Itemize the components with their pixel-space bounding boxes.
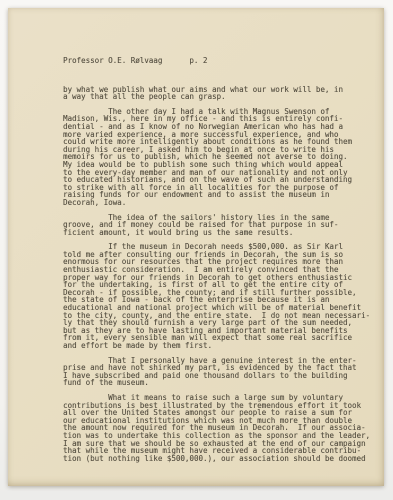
paragraph: If the museum in Decorah needs $500,000.… [63,243,378,349]
scan-background: Professor O.E. Rølvaagp. 2 by what we pu… [0,0,393,500]
paragraph: The other day I had a talk with Magnus S… [63,108,378,207]
typed-text-block: Professor O.E. Rølvaagp. 2 by what we pu… [63,57,378,469]
paragraph: That I personally have a genuine interes… [63,357,378,387]
paragraph: What it means to raise such a large sum … [63,394,378,462]
page-header: Professor O.E. Rølvaagp. 2 [63,57,378,65]
paragraph: The idea of the sailors' history lies in… [63,214,378,237]
paragraph: by what we publish what our aims and wha… [63,86,378,101]
letter-page: Professor O.E. Rølvaagp. 2 by what we pu… [8,8,384,486]
addressee-name: Professor O.E. Rølvaag [63,56,162,65]
page-number: p. 2 [189,57,207,65]
